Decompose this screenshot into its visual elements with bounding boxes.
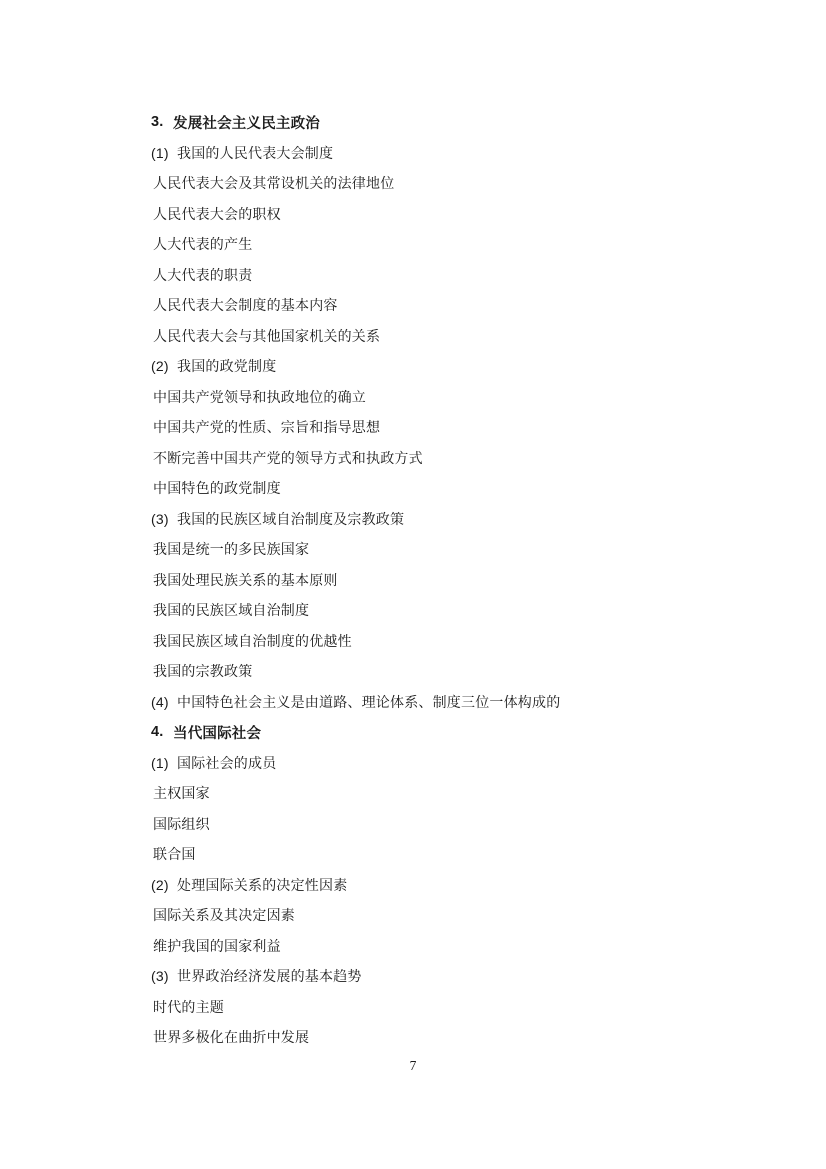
numbered-item: (3)我国的民族区域自治制度及宗教政策 [151,504,746,535]
text-line: 人民代表大会及其常设机关的法律地位 [151,168,746,199]
text-line: 国际关系及其决定因素 [151,900,746,931]
line-text: 人民代表大会与其他国家机关的关系 [151,326,380,346]
line-text: 中国特色的政党制度 [151,478,281,498]
text-line: 主权国家 [151,778,746,809]
text-line: 人大代表的职责 [151,260,746,291]
line-number: (1) [151,145,177,161]
numbered-item: (3)世界政治经济发展的基本趋势 [151,961,746,992]
line-number: (2) [151,358,177,374]
line-number: (2) [151,877,177,893]
line-text: 国际组织 [151,814,210,834]
line-text: 人民代表大会制度的基本内容 [151,295,338,315]
line-text: 不断完善中国共产党的领导方式和执政方式 [151,448,423,468]
text-line: 人民代表大会制度的基本内容 [151,290,746,321]
line-text: 世界政治经济发展的基本趋势 [177,966,362,986]
numbered-item: (1)国际社会的成员 [151,748,746,779]
line-text: 维护我国的国家利益 [151,936,281,956]
line-number: 4. [151,724,173,740]
text-line: 我国的民族区域自治制度 [151,595,746,626]
line-text: 我国的人民代表大会制度 [177,143,333,163]
page-number: 7 [0,1058,826,1074]
section-heading: 3.发展社会主义民主政治 [151,107,746,138]
text-line: 时代的主题 [151,992,746,1023]
numbered-item: (2)处理国际关系的决定性因素 [151,870,746,901]
line-text: 我国是统一的多民族国家 [151,539,309,559]
text-line: 我国是统一的多民族国家 [151,534,746,565]
line-text: 我国民族区域自治制度的优越性 [151,631,352,651]
text-line: 不断完善中国共产党的领导方式和执政方式 [151,443,746,474]
document-body: 3.发展社会主义民主政治(1)我国的人民代表大会制度人民代表大会及其常设机关的法… [151,107,746,1053]
text-line: 国际组织 [151,809,746,840]
text-line: 维护我国的国家利益 [151,931,746,962]
line-text: 中国共产党的性质、宗旨和指导思想 [151,417,380,437]
line-number: (1) [151,755,177,771]
line-text: 我国的宗教政策 [151,661,252,681]
line-text: 国际关系及其决定因素 [151,905,295,925]
line-text: 世界多极化在曲折中发展 [151,1027,309,1047]
numbered-item: (1)我国的人民代表大会制度 [151,138,746,169]
line-text: 我国处理民族关系的基本原则 [151,570,338,590]
text-line: 人民代表大会的职权 [151,199,746,230]
line-text: 人民代表大会的职权 [151,204,281,224]
text-line: 中国共产党领导和执政地位的确立 [151,382,746,413]
text-line: 中国特色的政党制度 [151,473,746,504]
text-line: 人民代表大会与其他国家机关的关系 [151,321,746,352]
line-text: 人大代表的产生 [151,234,252,254]
line-number: (3) [151,968,177,984]
line-number: 3. [151,114,173,130]
document-page: 3.发展社会主义民主政治(1)我国的人民代表大会制度人民代表大会及其常设机关的法… [0,0,826,1169]
line-text: 中国共产党领导和执政地位的确立 [151,387,366,407]
section-heading: 4.当代国际社会 [151,717,746,748]
text-line: 我国民族区域自治制度的优越性 [151,626,746,657]
line-number: (3) [151,511,177,527]
line-text: 联合国 [151,844,196,864]
text-line: 世界多极化在曲折中发展 [151,1022,746,1053]
line-text: 我国的民族区域自治制度及宗教政策 [177,509,404,529]
line-text: 处理国际关系的决定性因素 [177,875,347,895]
numbered-item: (2)我国的政党制度 [151,351,746,382]
line-text: 我国的政党制度 [177,356,276,376]
line-text: 主权国家 [151,783,210,803]
line-number: (4) [151,694,177,710]
text-line: 联合国 [151,839,746,870]
line-text: 发展社会主义民主政治 [173,112,320,133]
numbered-item: (4)中国特色社会主义是由道路、理论体系、制度三位一体构成的 [151,687,746,718]
line-text: 当代国际社会 [173,722,261,743]
line-text: 中国特色社会主义是由道路、理论体系、制度三位一体构成的 [177,692,560,712]
line-text: 我国的民族区域自治制度 [151,600,309,620]
line-text: 人民代表大会及其常设机关的法律地位 [151,173,394,193]
line-text: 国际社会的成员 [177,753,276,773]
line-text: 人大代表的职责 [151,265,252,285]
line-text: 时代的主题 [151,997,224,1017]
text-line: 我国处理民族关系的基本原则 [151,565,746,596]
text-line: 人大代表的产生 [151,229,746,260]
text-line: 中国共产党的性质、宗旨和指导思想 [151,412,746,443]
text-line: 我国的宗教政策 [151,656,746,687]
